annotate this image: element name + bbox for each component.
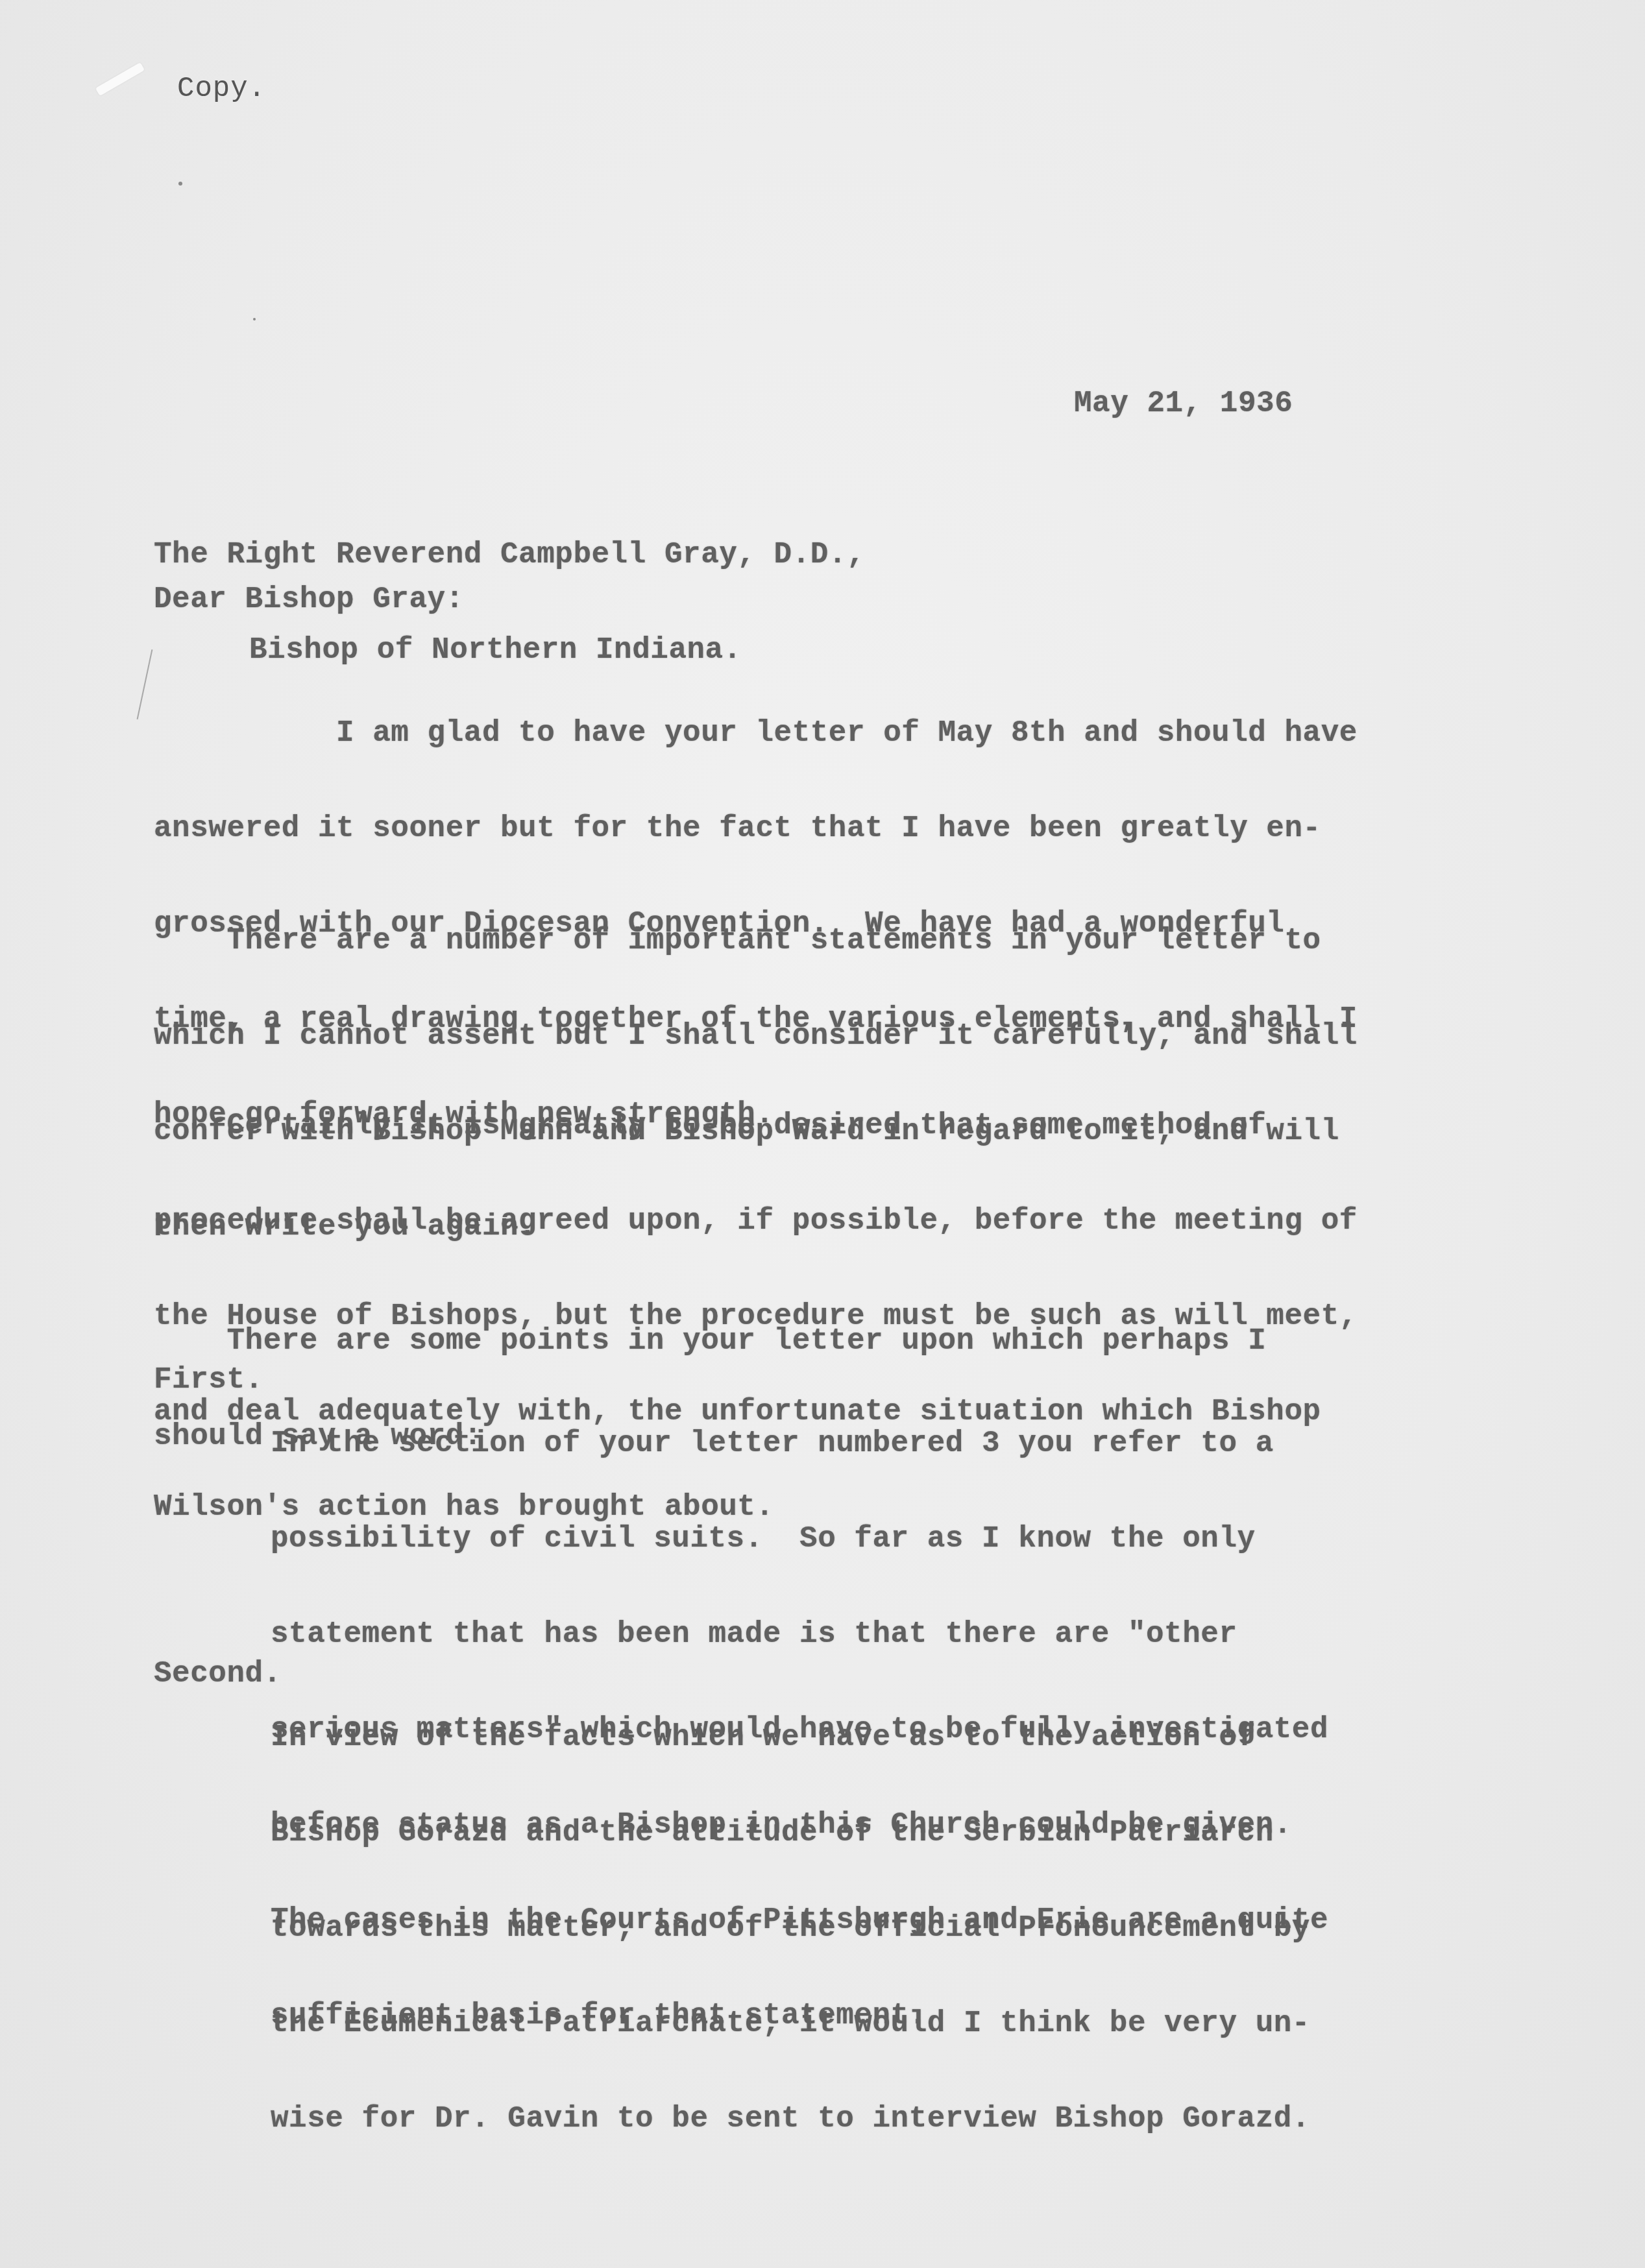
paper-speck (178, 182, 182, 186)
salutation: Dear Bishop Gray: (154, 584, 464, 616)
text-line: the Ecumenical Patriarchate, it would I … (271, 2008, 1310, 2040)
addressee-name: The Right Reverend Campbell Gray, D.D., (154, 539, 865, 571)
text-line: wise for Dr. Gavin to be sent to intervi… (271, 2103, 1310, 2135)
text-line: I am glad to have your letter of May 8th… (154, 718, 1358, 749)
text-line: procedure shall be agreed upon, if possi… (154, 1205, 1358, 1237)
letter-page: Copy. May 21, 1936 The Right Reverend Ca… (0, 0, 1645, 2268)
margin-pen-mark (137, 649, 153, 719)
text-line: statement that has been made is that the… (271, 1619, 1328, 1650)
text-line: There are some points in your letter upo… (154, 1325, 1266, 1357)
text-line: answered it sooner but for the fact that… (154, 813, 1358, 845)
point-label: First. (154, 1364, 263, 1396)
point-label: Second. (154, 1658, 282, 1690)
text-line: In the section of your letter numbered 3… (271, 1428, 1328, 1460)
numbered-point-second: Second. In view of the facts which we ha… (154, 1658, 226, 1785)
text-line: Bishop Gorazd and the attitude of the Se… (271, 1817, 1310, 1849)
paper-tear-mark (95, 62, 145, 96)
text-line: There are a number of important statemen… (154, 925, 1358, 957)
text-line: towards this matter, and of the official… (271, 1912, 1310, 1944)
point-body: In view of the facts which we have as to… (271, 1658, 1310, 2199)
paper-speck (253, 318, 256, 320)
text-line: possibility of civil suits. So far as I … (271, 1523, 1328, 1555)
letter-date: May 21, 1936 (1074, 388, 1293, 420)
copy-label: Copy. (177, 73, 266, 105)
text-line: Certainly it is greatly to be desired th… (154, 1110, 1358, 1142)
text-line: In view of the facts which we have as to… (271, 1722, 1310, 1754)
numbered-point-first: First. In the section of your letter num… (154, 1364, 226, 1491)
